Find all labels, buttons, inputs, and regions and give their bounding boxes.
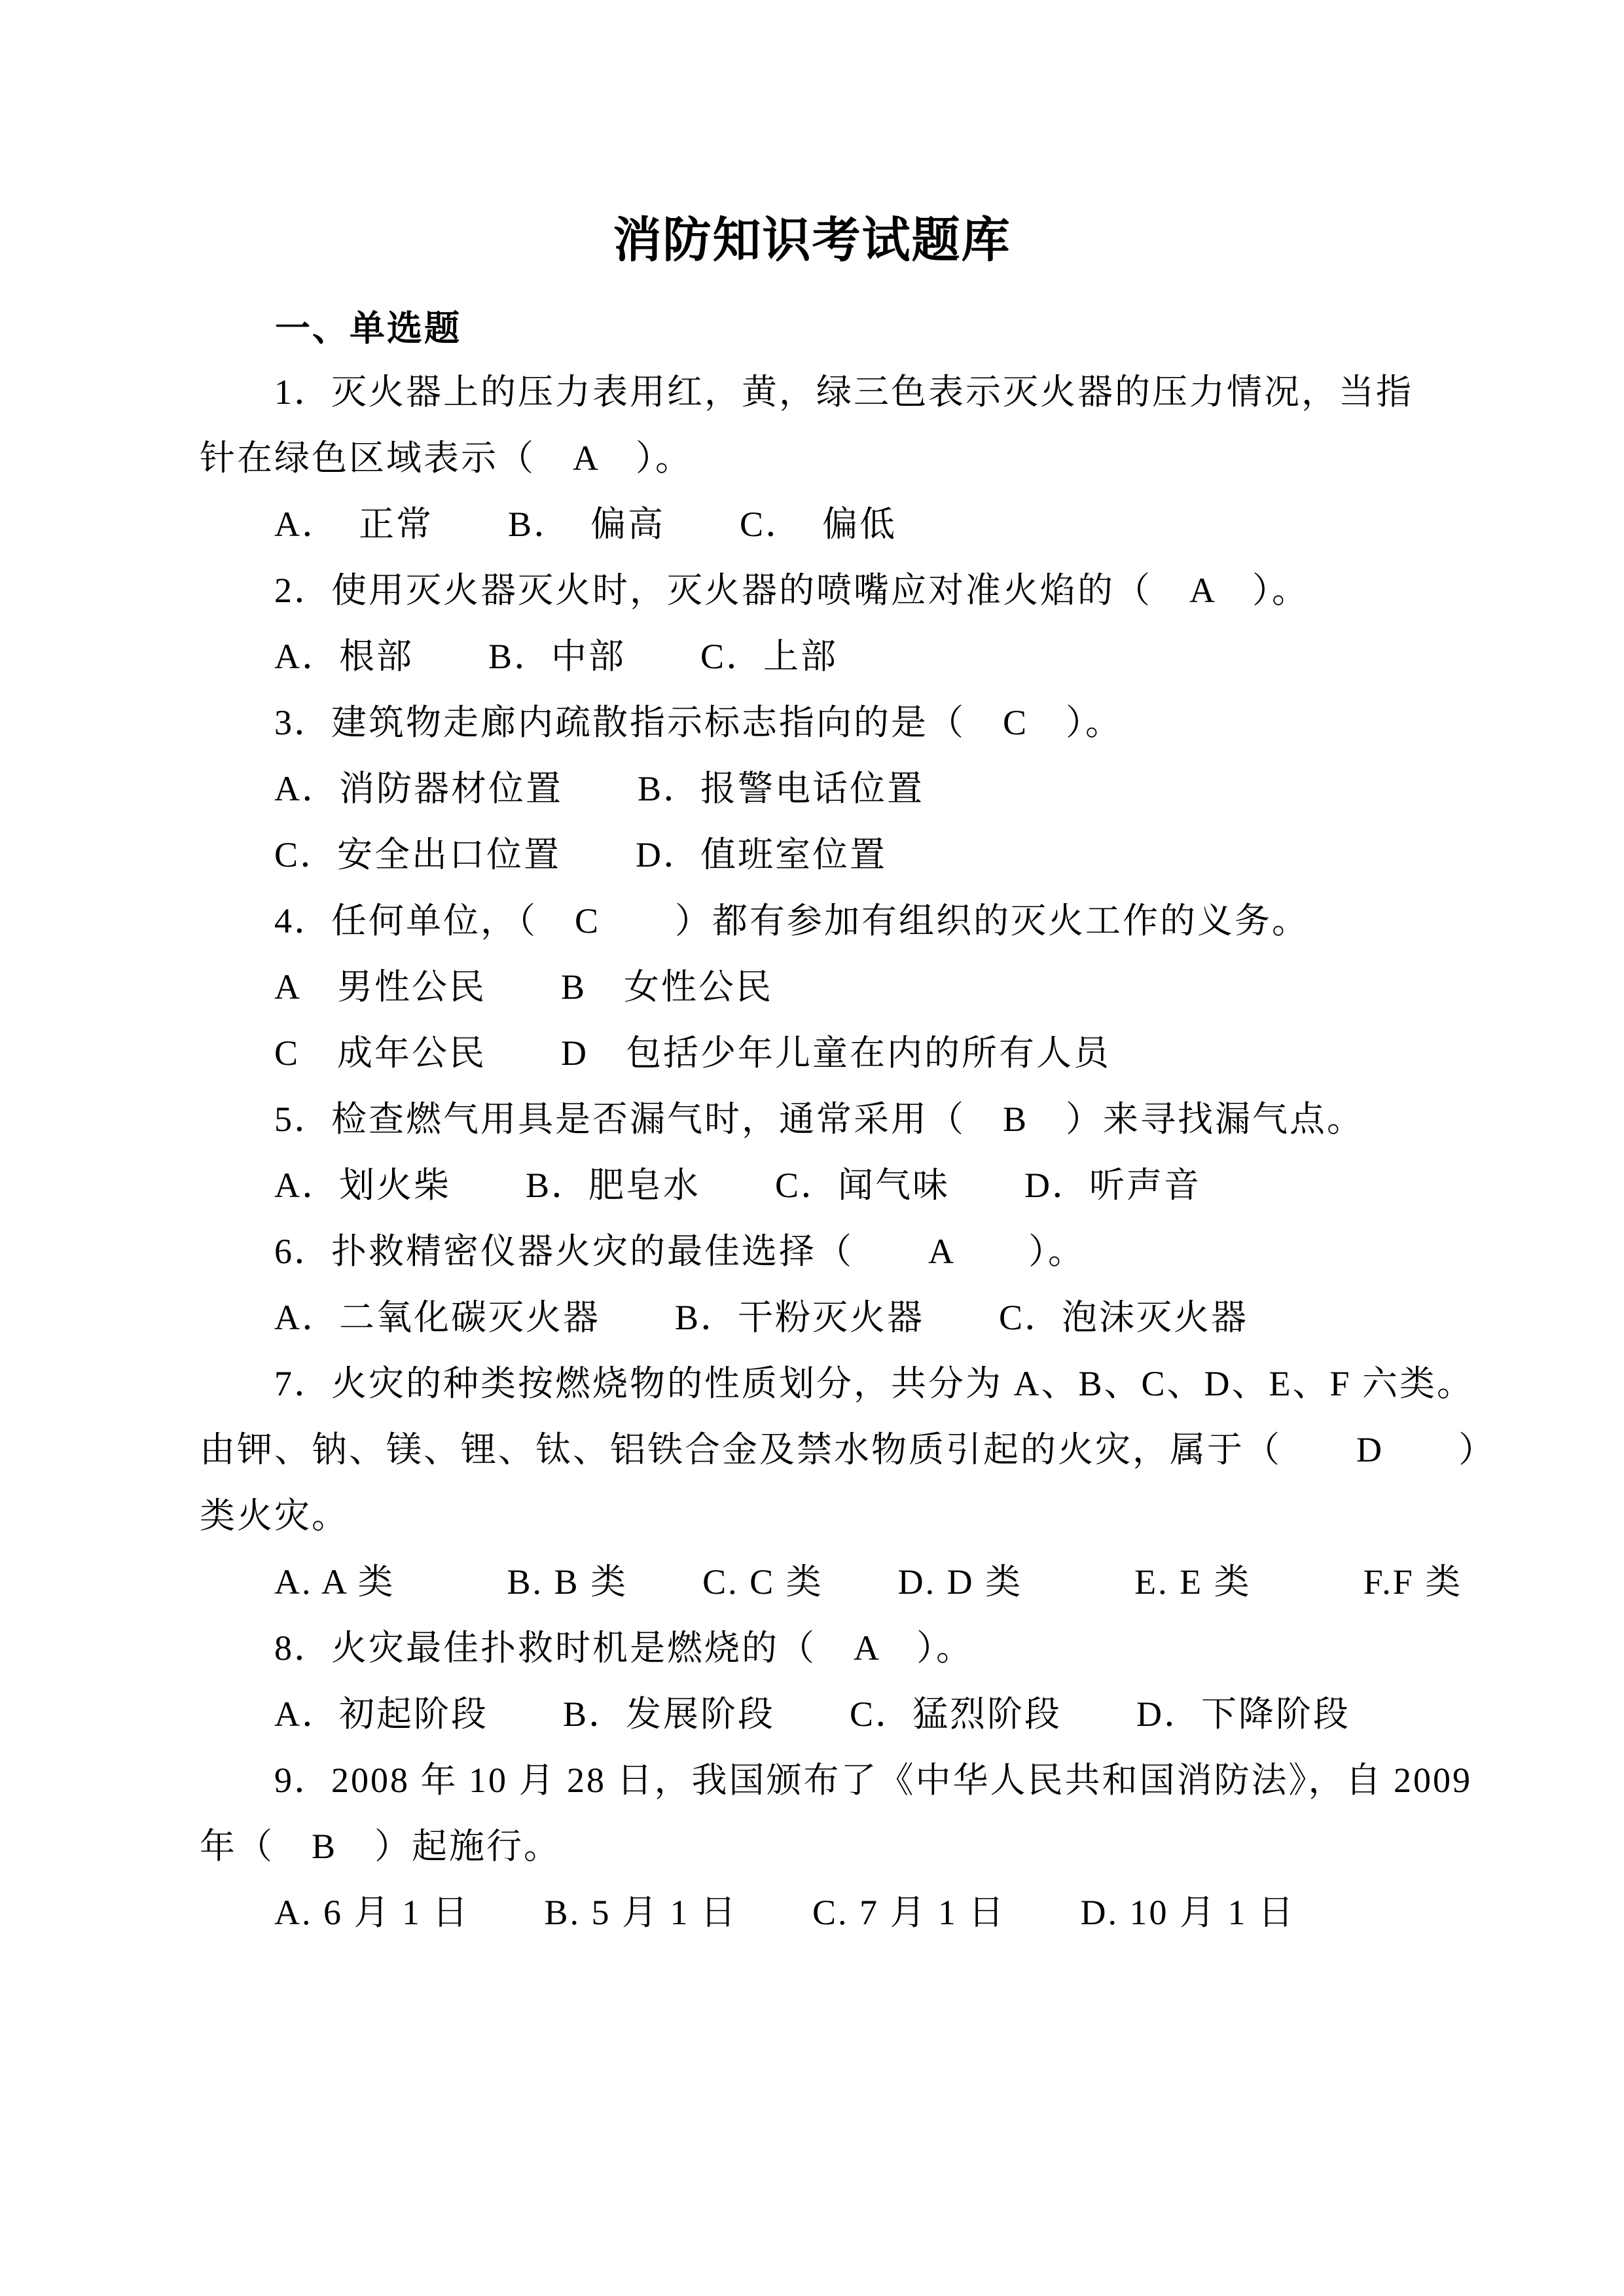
section-heading: 一、单选题 xyxy=(275,296,461,362)
question-7-options: A. A 类 B. B 类 C. C 类 D. D 类 E. E 类 F.F 类 xyxy=(200,1549,1483,1615)
question-6-options: A．二氧化碳灭火器 B．干粉灭火器 C．泡沫灭火器 xyxy=(200,1285,1483,1351)
question-9-options: A. 6 月 1 日 B. 5 月 1 日 C. 7 月 1 日 D. 10 月… xyxy=(200,1880,1483,1946)
question-list: 1．灭火器上的压力表用红，黄，绿三色表示灭火器的压力情况，当指 针在绿色区域表示… xyxy=(200,359,1483,1946)
question-1-stem-line-1: 1．灭火器上的压力表用红，黄，绿三色表示灭火器的压力情况，当指 xyxy=(200,359,1483,425)
question-3-options-row-1: A．消防器材位置 B．报警电话位置 xyxy=(200,756,1483,822)
question-4-options-row-2: C 成年公民 D 包括少年儿童在内的所有人员 xyxy=(200,1020,1483,1086)
question-3-options-row-2: C．安全出口位置 D．值班室位置 xyxy=(200,822,1483,888)
question-6-stem: 6．扑救精密仪器火灾的最佳选择（ A ）。 xyxy=(200,1219,1483,1285)
question-2-options: A．根部 B．中部 C．上部 xyxy=(200,624,1483,690)
question-7-stem-line-2: 由钾、钠、镁、锂、钛、铝铁合金及禁水物质引起的火灾，属于（ D ） xyxy=(200,1417,1483,1483)
question-7-stem-line-3: 类火灾。 xyxy=(200,1483,1483,1549)
question-7-stem-line-1: 7．火灾的种类按燃烧物的性质划分，共分为 A、B、C、D、E、F 六类。 xyxy=(200,1351,1483,1417)
page-title: 消防知识考试题库 xyxy=(0,208,1624,274)
question-1-options: A． 正常 B． 偏高 C． 偏低 xyxy=(200,492,1483,558)
question-5-options: A．划火柴 B．肥皂水 C．闻气味 D．听声音 xyxy=(200,1153,1483,1219)
question-8-options: A．初起阶段 B．发展阶段 C．猛烈阶段 D．下降阶段 xyxy=(200,1681,1483,1748)
question-5-stem: 5．检查燃气用具是否漏气时，通常采用（ B ）来寻找漏气点。 xyxy=(200,1086,1483,1153)
question-4-options-row-1: A 男性公民 B 女性公民 xyxy=(200,954,1483,1020)
question-2-stem: 2．使用灭火器灭火时，灭火器的喷嘴应对准火焰的（ A ）。 xyxy=(200,558,1483,624)
question-8-stem: 8．火灾最佳扑救时机是燃烧的（ A ）。 xyxy=(200,1615,1483,1681)
question-9-stem-line-2: 年（ B ）起施行。 xyxy=(200,1814,1483,1880)
document-page: 消防知识考试题库 一、单选题 1．灭火器上的压力表用红，黄，绿三色表示灭火器的压… xyxy=(0,0,1624,2296)
question-4-stem: 4．任何单位，（ C ）都有参加有组织的灭火工作的义务。 xyxy=(200,888,1483,954)
question-1-stem-line-2: 针在绿色区域表示（ A ）。 xyxy=(200,425,1483,492)
question-9-stem-line-1: 9．2008 年 10 月 28 日，我国颁布了《中华人民共和国消防法》，自 2… xyxy=(200,1748,1483,1814)
question-3-stem: 3．建筑物走廊内疏散指示标志指向的是（ C ）。 xyxy=(200,690,1483,756)
